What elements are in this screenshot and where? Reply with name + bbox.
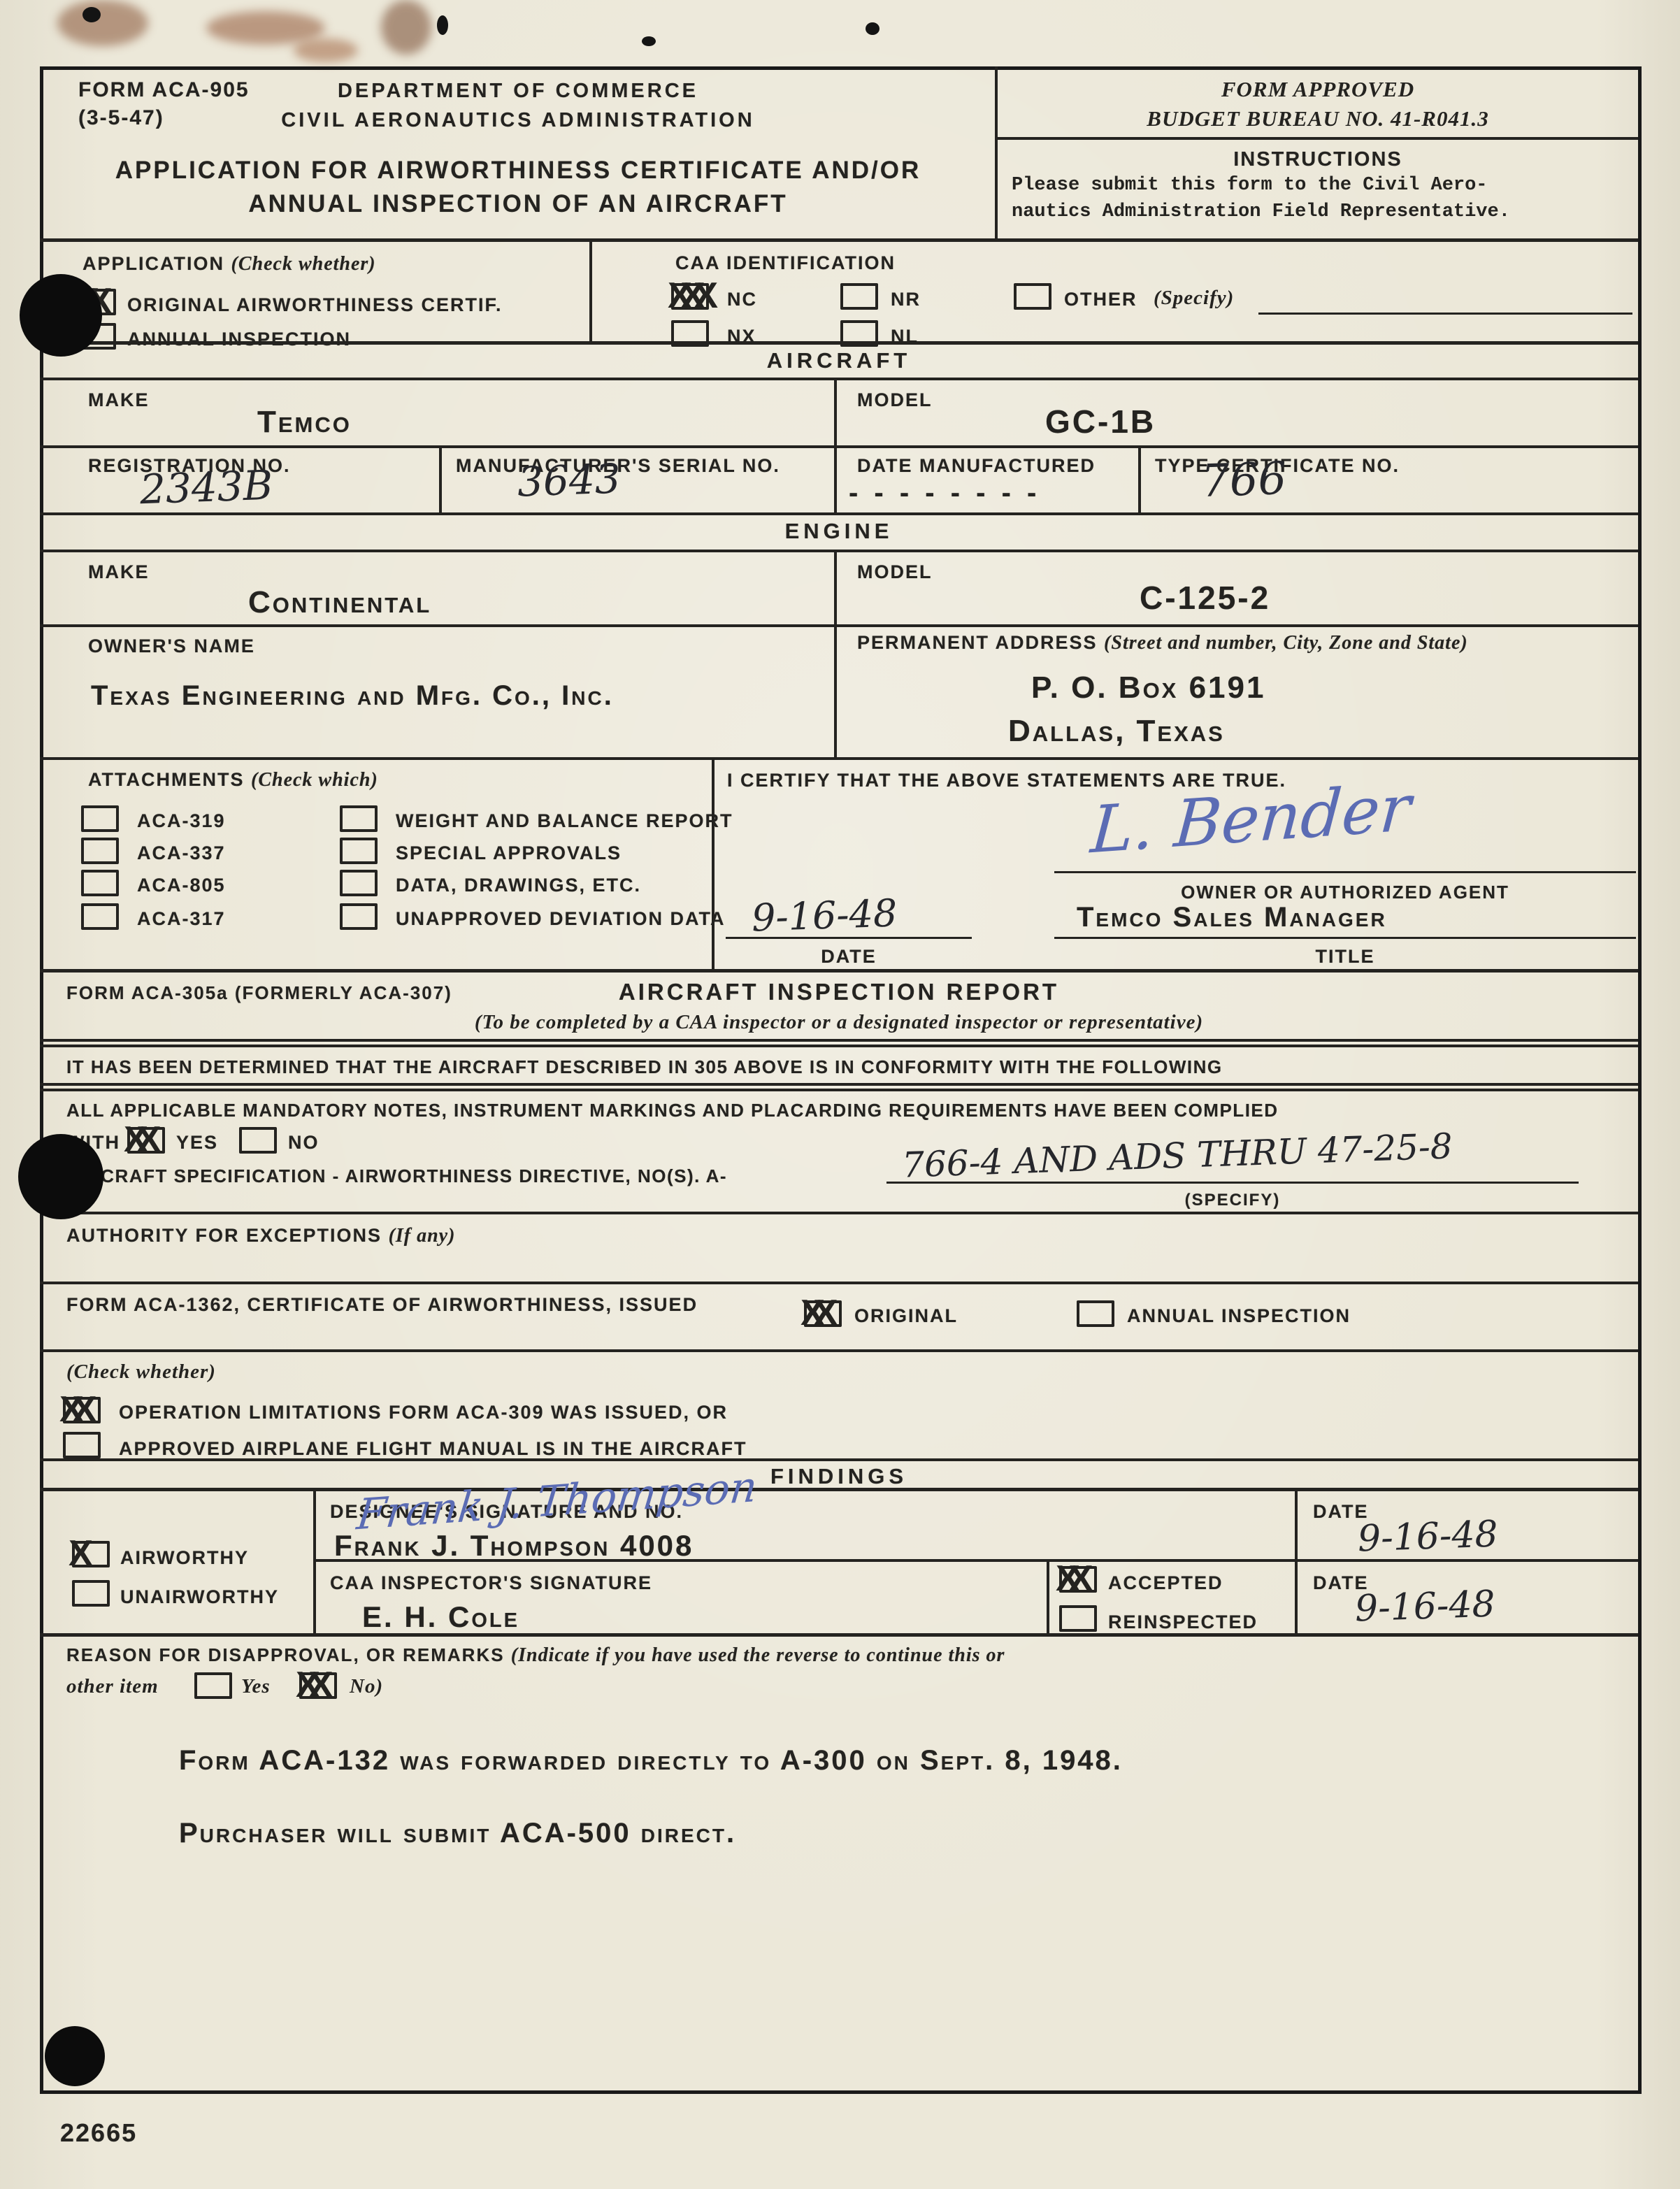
inspection-report-title: AIRCRAFT INSPECTION REPORT [40, 977, 1638, 1006]
other-specify-line [1258, 313, 1632, 315]
airworthy-checkbox: X [72, 1541, 110, 1567]
owner-name-value: Texas Engineering and Mfg. Co., Inc. [91, 682, 614, 710]
complied-no-checkbox [239, 1127, 277, 1154]
type-certificate-value: 766 [1200, 457, 1287, 504]
engine-model-value: C-125-2 [1140, 582, 1270, 614]
weight-balance-label: WEIGHT AND BALANCE REPORT [396, 810, 733, 833]
instructions-title: INSTRUCTIONS [998, 147, 1638, 172]
flight-manual-label: APPROVED AIRPLANE FLIGHT MANUAL IS IN TH… [119, 1437, 747, 1461]
form-approved-line1: FORM APPROVED [998, 77, 1638, 102]
designee-date-value: 9-16-48 [1357, 1516, 1498, 1558]
remarks-line2-prefix: other item [66, 1675, 159, 1698]
owner-bottom-rule [40, 757, 1638, 760]
inspection-double-rule-a1 [40, 1039, 1638, 1042]
special-approvals-checkbox [340, 838, 378, 864]
inspection-report-subtitle: (To be completed by a CAA inspector or a… [40, 1011, 1638, 1034]
remarks-heading: REASON FOR DISAPPROVAL, OR REMARKS (Indi… [66, 1643, 1005, 1667]
findings-section-title: FINDINGS [40, 1464, 1638, 1489]
data-drawings-checkbox [340, 870, 378, 896]
application-caa-divider [589, 242, 592, 341]
airworthy-label: AIRWORTHY [120, 1546, 249, 1570]
accepted-checkbox: XX [1059, 1566, 1097, 1593]
scan-speck [82, 7, 101, 22]
determined-line: IT HAS BEEN DETERMINED THAT THE AIRCRAFT… [66, 1056, 1223, 1079]
aca-337-label: ACA-337 [137, 842, 226, 866]
operation-limitations-checkbox: XX [63, 1397, 101, 1423]
nc-label: NC [727, 288, 757, 312]
remarks-yes-label: Yes [241, 1675, 271, 1698]
nx-label: NX [727, 325, 756, 349]
issued-annual-checkbox [1077, 1300, 1114, 1327]
punch-hole [20, 274, 102, 357]
certify-date-value: 9-16-48 [751, 894, 898, 937]
scan-stain [57, 0, 148, 46]
inspector-date-value: 9-16-48 [1354, 1586, 1495, 1628]
aca-805-checkbox [81, 870, 119, 896]
complied-yes-label: YES [176, 1131, 218, 1155]
checkbox-mark: XXX [668, 275, 707, 317]
specify-label: (SPECIFY) [886, 1190, 1579, 1211]
checkbox-mark: XX [1056, 1558, 1082, 1600]
engine-make-value: Continental [248, 587, 431, 618]
accepted-label: ACCEPTED [1108, 1572, 1223, 1595]
attachments-label: ATTACHMENTS (Check which) [88, 768, 378, 792]
operation-limitations-label: OPERATION LIMITATIONS FORM ACA-309 WAS I… [119, 1401, 728, 1425]
permanent-address-label: PERMANENT ADDRESS (Street and number, Ci… [857, 629, 1619, 656]
aircraft-section-title: AIRCRAFT [40, 348, 1638, 373]
scan-stain [206, 11, 325, 45]
issued-original-label: ORIGINAL [854, 1305, 958, 1328]
authority-label-text: AUTHORITY FOR EXCEPTIONS [66, 1225, 382, 1246]
scan-speck [642, 36, 656, 46]
reinspected-checkbox [1059, 1605, 1097, 1632]
scan-speck [437, 15, 448, 35]
aircraft-model-value: GC-1B [1045, 405, 1156, 438]
remarks-note1: Form ACA-132 was forwarded directly to A… [179, 1746, 1123, 1774]
date-type-divider [1138, 445, 1141, 512]
owner-signature-line [1054, 871, 1636, 873]
certify-date-line [726, 937, 972, 939]
remarks-note2: Purchaser will submit ACA-500 direct. [179, 1819, 736, 1847]
nl-label: NL [891, 325, 919, 349]
aca-317-label: ACA-317 [137, 907, 226, 931]
permanent-address-label-text: PERMANENT ADDRESS [857, 632, 1098, 653]
other-label: OTHER [1064, 288, 1137, 312]
weight-balance-checkbox [340, 805, 378, 832]
owner-address-line1: P. O. Box 6191 [1031, 673, 1265, 703]
certify-title-value: Temco Sales Manager [1077, 903, 1387, 931]
unapproved-deviation-label: UNAPPROVED DEVIATION DATA [396, 907, 726, 931]
engine-banner-rule [40, 550, 1638, 552]
original-airworthiness-label: ORIGINAL AIRWORTHINESS CERTIF. [127, 294, 503, 317]
checkbox-mark: XX [296, 1664, 322, 1706]
flight-manual-checkbox [63, 1432, 101, 1458]
serial-value: 3643 [517, 458, 622, 502]
caa-identification-label: CAA IDENTIFICATION [675, 252, 896, 275]
spec-line-underline [886, 1182, 1579, 1184]
form-approved-line2: BUDGET BUREAU NO. 41-R041.3 [998, 106, 1638, 131]
nr-checkbox [840, 283, 878, 310]
certification-bottom-rule [40, 969, 1638, 973]
owner-signature-caption: OWNER OR AUTHORIZED AGENT [1054, 881, 1636, 904]
remarks-yes-checkbox [194, 1672, 232, 1699]
date-manufactured-label: DATE MANUFACTURED [857, 454, 1096, 478]
checkbox-mark: XX [124, 1119, 150, 1161]
aircraft-make-value: Temco [257, 407, 352, 438]
scan-stain [294, 38, 358, 62]
remarks-no-checkbox: XX [299, 1672, 337, 1699]
authority-bottom-rule [40, 1282, 1638, 1284]
nr-label: NR [891, 288, 921, 312]
aircraft-row-rule [40, 445, 1638, 448]
inspection-double-rule-b2 [40, 1089, 1638, 1091]
aca-317-checkbox [81, 903, 119, 930]
department-line2: CIVIL AERONAUTICS ADMINISTRATION [40, 108, 996, 133]
form-title-line1: APPLICATION FOR AIRWORTHINESS CERTIFICAT… [40, 155, 996, 186]
permanent-address-note: (Street and number, City, Zone and State… [1104, 632, 1468, 654]
header-bottom-rule [40, 238, 1638, 242]
engine-section-title: ENGINE [40, 519, 1638, 544]
inspector-signature-label: CAA INSPECTOR'S SIGNATURE [330, 1572, 652, 1595]
owner-address-line2: Dallas, Texas [1008, 716, 1225, 747]
instructions-line2: nautics Administration Field Representat… [1012, 201, 1510, 222]
aca-337-checkbox [81, 838, 119, 864]
instructions-line1: Please submit this form to the Civil Aer… [1012, 175, 1488, 196]
complied-yes-checkbox: XX [127, 1127, 165, 1154]
certify-title-label: TITLE [1054, 945, 1636, 969]
registration-value: 2343B [139, 465, 273, 510]
scan-stain [381, 0, 431, 55]
attachments-label-text: ATTACHMENTS [88, 769, 244, 790]
findings-table-bottom-rule [40, 1633, 1638, 1637]
remarks-no-label: No) [350, 1675, 383, 1698]
approved-box-divider [995, 137, 1638, 140]
other-specify-note: (Specify) [1154, 287, 1234, 310]
engine-make-label: MAKE [88, 561, 150, 584]
inspection-double-rule-b1 [40, 1083, 1638, 1086]
checkbox-mark: X [69, 1533, 82, 1574]
unairworthy-checkbox [72, 1580, 110, 1607]
application-label: APPLICATION (Check whether) [82, 252, 376, 276]
aca1362-line: FORM ACA-1362, CERTIFICATE OF AIRWORTHIN… [66, 1293, 698, 1317]
aca1362-bottom-rule [40, 1349, 1638, 1352]
attachments-cert-divider [712, 757, 715, 969]
date-manufactured-value: - - - - - - - - [849, 475, 1040, 510]
application-label-text: APPLICATION [82, 253, 224, 274]
scan-speck [866, 22, 880, 35]
registration-serial-divider [439, 445, 442, 512]
check-whether-bottom-rule [40, 1458, 1638, 1461]
checkbox-mark: XX [59, 1388, 85, 1430]
spec-line: AIRCRAFT SPECIFICATION - AIRWORTHINESS D… [66, 1165, 727, 1188]
footer-stamp-number: 22665 [60, 2117, 137, 2148]
complied-no-label: NO [288, 1131, 320, 1155]
check-whether-note: (Check whether) [66, 1361, 216, 1384]
application-note: (Check whether) [231, 253, 376, 275]
authority-label: AUTHORITY FOR EXCEPTIONS (If any) [66, 1223, 455, 1248]
inspector-typed-name: E. H. Cole [362, 1602, 519, 1632]
authority-note: (If any) [389, 1225, 456, 1247]
findings-accepted-divider [1047, 1559, 1049, 1635]
engine-owner-rule [40, 624, 1638, 627]
complied-line: ALL APPLICABLE MANDATORY NOTES, INSTRUME… [66, 1099, 1279, 1122]
nc-checkbox: XXX [671, 283, 709, 310]
inspection-double-rule-a2 [40, 1045, 1638, 1047]
application-bottom-rule [40, 341, 1638, 345]
other-checkbox [1014, 283, 1051, 310]
unapproved-deviation-checkbox [340, 903, 378, 930]
form-title-line2: ANNUAL INSPECTION OF AN AIRCRAFT [40, 189, 996, 220]
aca-805-label: ACA-805 [137, 874, 226, 898]
findings-table-top-rule [40, 1488, 1638, 1491]
checkbox-mark: XX [800, 1292, 826, 1334]
punch-hole [18, 1134, 103, 1219]
owner-name-label: OWNER'S NAME [88, 635, 255, 659]
department-line1: DEPARTMENT OF COMMERCE [40, 78, 996, 103]
engine-model-label: MODEL [857, 561, 933, 584]
aircraft-make-label: MAKE [88, 389, 150, 412]
remarks-heading-note: (Indicate if you have used the reverse t… [511, 1644, 1005, 1666]
engine-col-divider [834, 550, 837, 757]
punch-hole [45, 2026, 105, 2086]
scanned-form-page: FORM ACA-905 (3-5-47) DEPARTMENT OF COMM… [0, 0, 1680, 2189]
aircraft-bottom-rule [40, 512, 1638, 515]
aircraft-model-label: MODEL [857, 389, 933, 412]
aca-319-label: ACA-319 [137, 810, 226, 833]
issued-original-checkbox: XX [804, 1300, 842, 1327]
remarks-heading-text: REASON FOR DISAPPROVAL, OR REMARKS [66, 1644, 505, 1665]
certify-title-line [1054, 937, 1636, 939]
certify-date-label: DATE [726, 945, 972, 969]
issued-annual-label: ANNUAL INSPECTION [1127, 1305, 1351, 1328]
unairworthy-label: UNAIRWORTHY [120, 1586, 279, 1609]
spec-bottom-rule [40, 1212, 1638, 1214]
aca-319-checkbox [81, 805, 119, 832]
reinspected-label: REINSPECTED [1108, 1611, 1258, 1635]
attachments-note: (Check which) [251, 769, 378, 791]
special-approvals-label: SPECIAL APPROVALS [396, 842, 622, 866]
aircraft-banner-rule [40, 378, 1638, 380]
data-drawings-label: DATA, DRAWINGS, ETC. [396, 874, 641, 898]
